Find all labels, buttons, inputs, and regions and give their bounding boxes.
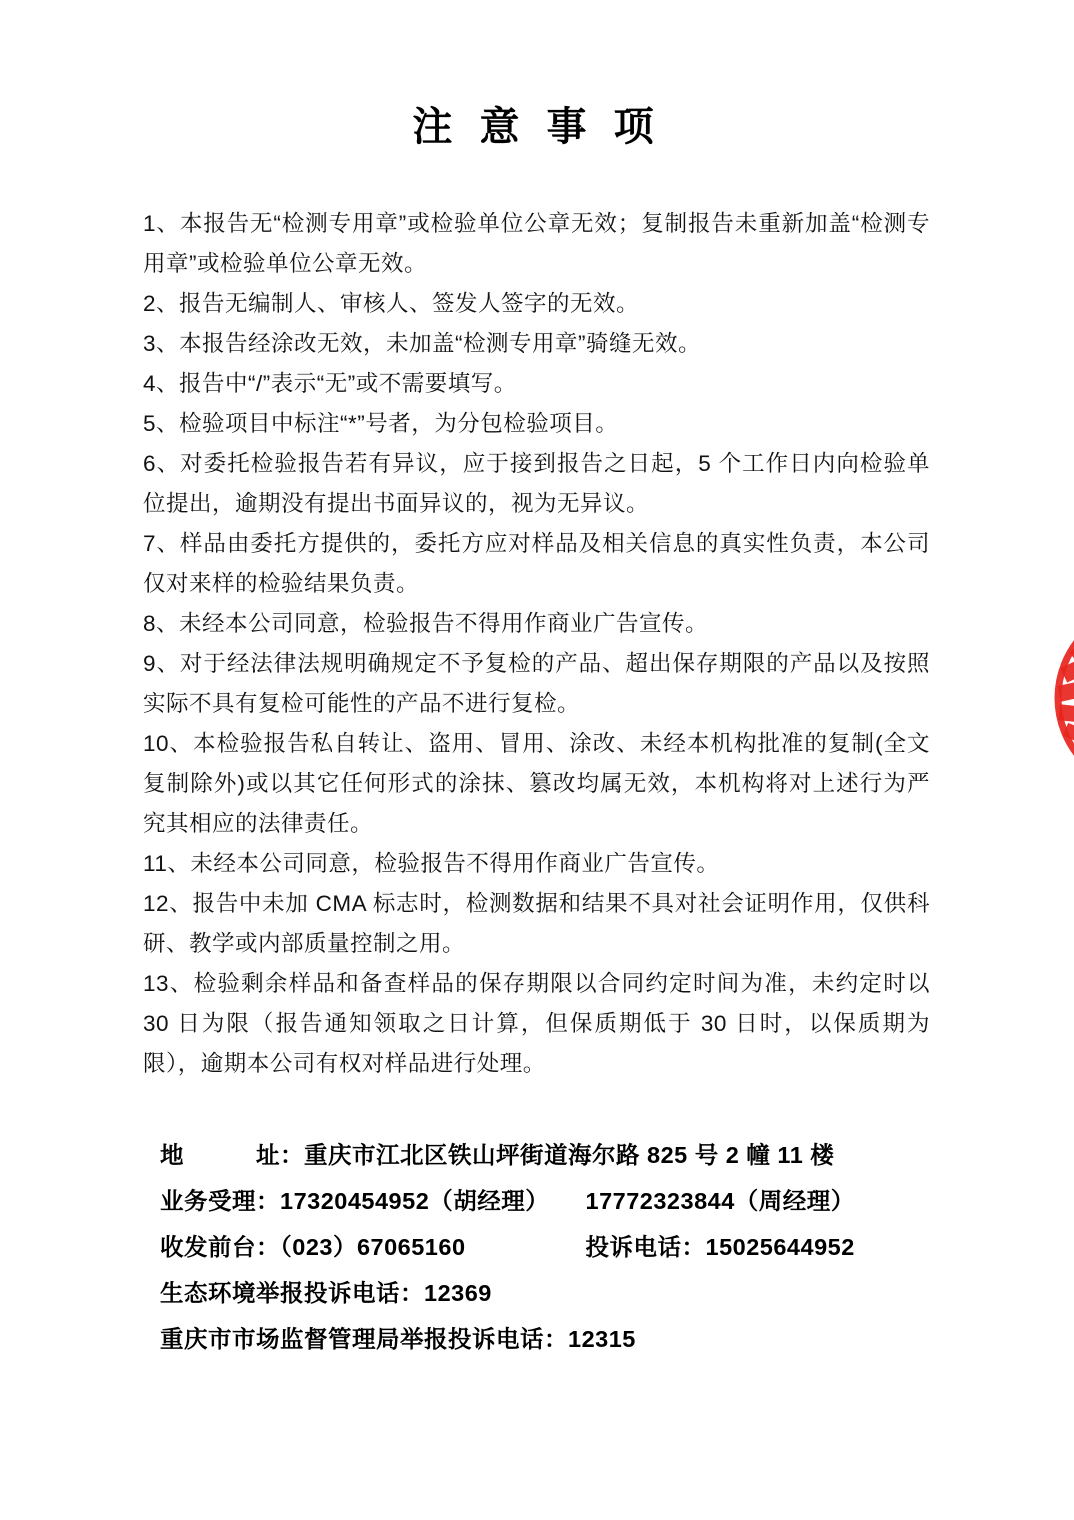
notice-item-10: 10、本检验报告私自转让、盗用、冒用、涂改、未经本机构批准的复制(全文复制除外)… (143, 724, 930, 844)
notice-item-5: 5、检验项目中标注“*”号者，为分包检验项目。 (143, 404, 930, 444)
notice-item-8: 8、未经本公司同意，检验报告不得用作商业广告宣传。 (143, 604, 930, 644)
notice-item-11: 11、未经本公司同意，检验报告不得用作商业广告宣传。 (143, 844, 930, 884)
page-title: 注 意 事 项 (0, 102, 1074, 152)
contact-address: 地 址：重庆市江北区铁山坪街道海尔路 825 号 2 幢 11 楼 (160, 1132, 1014, 1178)
notice-item-7: 7、样品由委托方提供的，委托方应对样品及相关信息的真实性负责，本公司仅对来样的检… (143, 524, 930, 604)
contact-frontdesk-phones: 收发前台：（023）67065160 投诉电话：15025644952 (160, 1224, 1014, 1270)
notice-item-6: 6、对委托检验报告若有异议，应于接到报告之日起，5 个工作日内向检验单位提出，逾… (143, 444, 930, 524)
notice-item-3: 3、本报告经涂改无效，未加盖“检测专用章”骑缝无效。 (143, 324, 930, 364)
notice-item-13: 13、检验剩余样品和备查样品的保存期限以合同约定时间为准，未约定时以 30 日为… (143, 964, 930, 1084)
contact-business-phones: 业务受理：17320454952（胡经理） 17772323844（周经理） (160, 1178, 1014, 1224)
notice-item-2: 2、报告无编制人、审核人、签发人签字的无效。 (143, 284, 930, 324)
contact-market-hotline: 重庆市市场监督管理局举报投诉电话：12315 (160, 1316, 1014, 1362)
contact-eco-hotline: 生态环境举报投诉电话：12369 (160, 1270, 1014, 1316)
notice-item-12: 12、报告中未加 CMA 标志时，检测数据和结果不具对社会证明作用，仅供科研、教… (143, 884, 930, 964)
notice-item-9: 9、对于经法律法规明确规定不予复检的产品、超出保存期限的产品以及按照实际不具有复… (143, 644, 930, 724)
notice-item-1: 1、本报告无“检测专用章”或检验单位公章无效；复制报告未重新加盖“检测专用章”或… (143, 204, 930, 284)
contact-block: 地 址：重庆市江北区铁山坪街道海尔路 825 号 2 幢 11 楼 业务受理：1… (160, 1132, 1014, 1362)
notice-page: 注 意 事 项 1、本报告无“检测专用章”或检验单位公章无效；复制报告未重新加盖… (0, 0, 1074, 1520)
notice-item-4: 4、报告中“/”表示“无”或不需要填写。 (143, 364, 930, 404)
notice-list: 1、本报告无“检测专用章”或检验单位公章无效；复制报告未重新加盖“检测专用章”或… (143, 204, 930, 1084)
red-circular-seal-icon (1032, 588, 1074, 808)
